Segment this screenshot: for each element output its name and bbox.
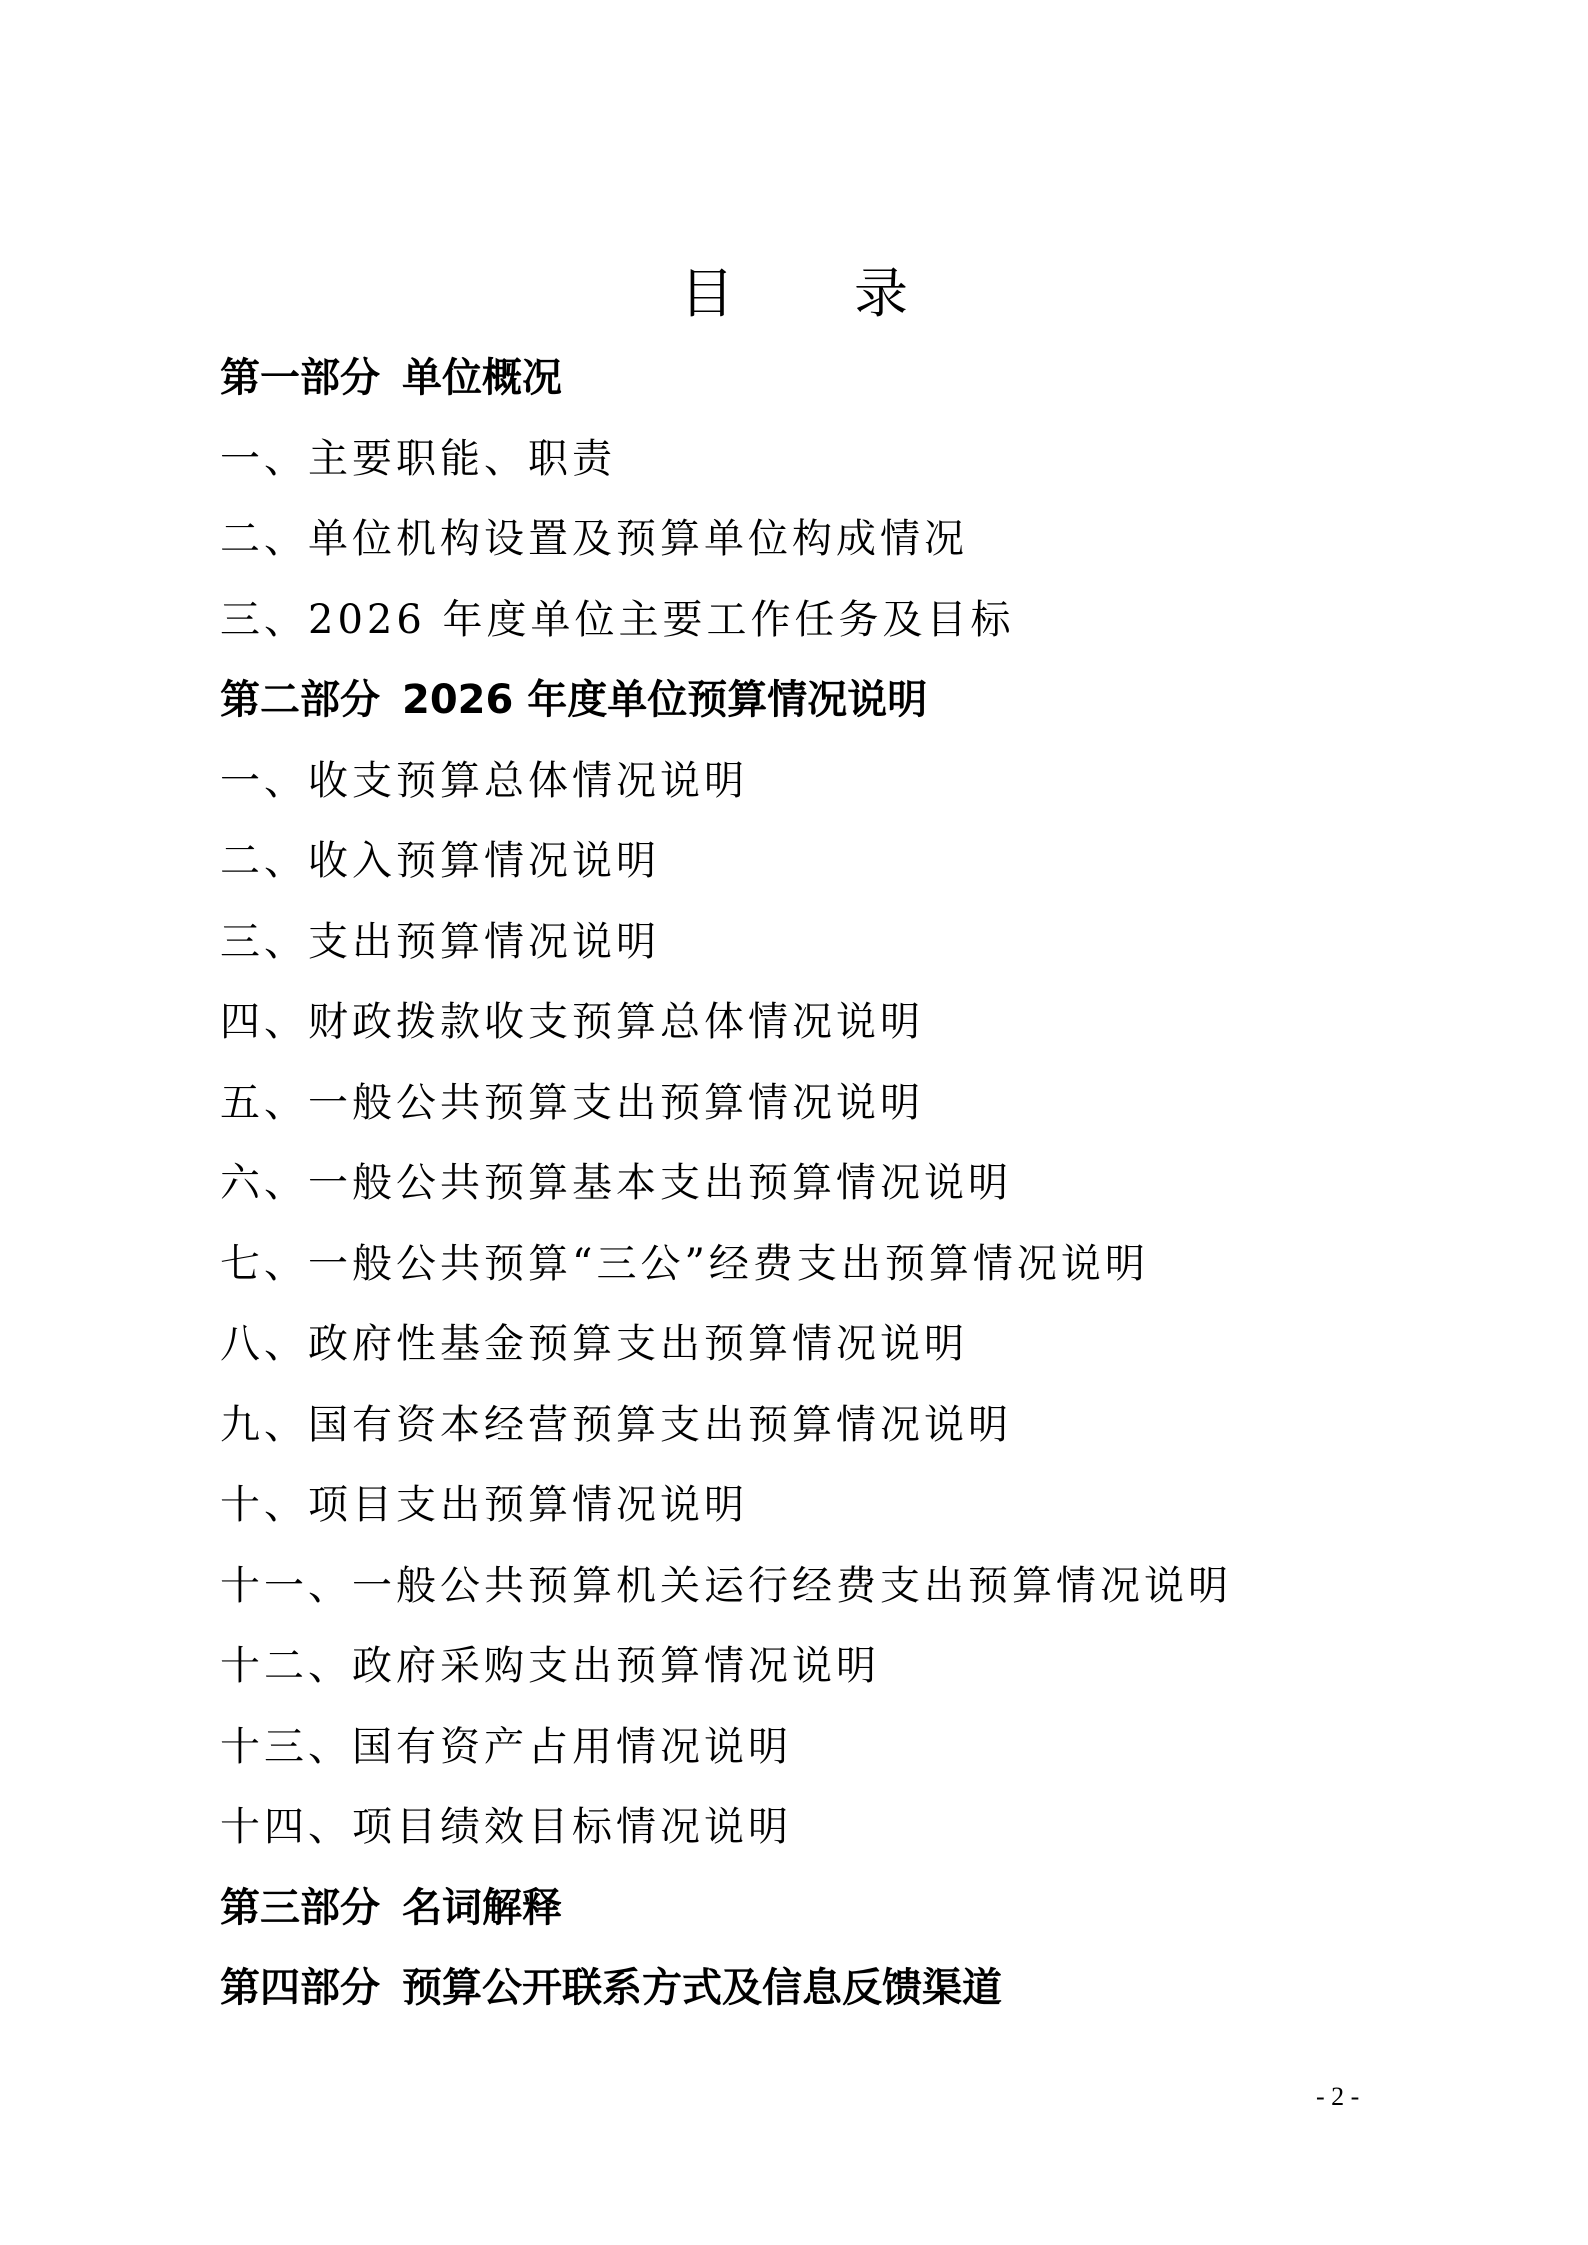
toc-part-3[interactable]: 第三部分名词解释 (220, 1868, 1420, 1949)
toc-entry[interactable]: 五、一般公共预算支出预算情况说明 (220, 1063, 1420, 1144)
toc-entry[interactable]: 九、国有资本经营预算支出预算情况说明 (220, 1385, 1420, 1466)
toc-entry[interactable]: 二、单位机构设置及预算单位构成情况 (220, 499, 1420, 580)
part-label: 第一部分 (220, 355, 380, 401)
toc-part-1[interactable]: 第一部分单位概况 (220, 338, 1420, 419)
toc-entry[interactable]: 四、财政拨款收支预算总体情况说明 (220, 982, 1420, 1063)
part-label: 第三部分 (220, 1885, 380, 1931)
toc-entry[interactable]: 十四、项目绩效目标情况说明 (220, 1787, 1420, 1868)
toc-entry[interactable]: 六、一般公共预算基本支出预算情况说明 (220, 1143, 1420, 1224)
toc-entry[interactable]: 十、项目支出预算情况说明 (220, 1465, 1420, 1546)
toc-title: 目录 (0, 254, 1588, 334)
toc-entry[interactable]: 七、一般公共预算“三公”经费支出预算情况说明 (220, 1224, 1420, 1305)
part-label: 第四部分 (220, 1965, 380, 2011)
part-title: 名词解释 (402, 1885, 562, 1931)
toc-entry[interactable]: 十二、政府采购支出预算情况说明 (220, 1626, 1420, 1707)
toc-title-char-2: 录 (854, 254, 908, 334)
page-number: - 2 - (1316, 2082, 1359, 2112)
table-of-contents: 第一部分单位概况 一、主要职能、职责 二、单位机构设置及预算单位构成情况 三、2… (220, 338, 1420, 2029)
part-label: 第二部分 (220, 677, 380, 723)
toc-entry[interactable]: 十三、国有资产占用情况说明 (220, 1707, 1420, 1788)
part-title: 单位概况 (402, 355, 562, 401)
document-page: 目录 第一部分单位概况 一、主要职能、职责 二、单位机构设置及预算单位构成情况 … (0, 0, 1588, 2245)
toc-entry[interactable]: 一、收支预算总体情况说明 (220, 741, 1420, 822)
toc-title-char-1: 目 (680, 254, 734, 334)
toc-entry[interactable]: 二、收入预算情况说明 (220, 821, 1420, 902)
toc-entry[interactable]: 八、政府性基金预算支出预算情况说明 (220, 1304, 1420, 1385)
part-title: 预算公开联系方式及信息反馈渠道 (402, 1965, 1002, 2011)
part-title: 2026 年度单位预算情况说明 (402, 677, 927, 723)
toc-part-2[interactable]: 第二部分2026 年度单位预算情况说明 (220, 660, 1420, 741)
toc-entry[interactable]: 十一、一般公共预算机关运行经费支出预算情况说明 (220, 1546, 1420, 1627)
toc-part-4[interactable]: 第四部分预算公开联系方式及信息反馈渠道 (220, 1948, 1420, 2029)
toc-entry[interactable]: 三、2026 年度单位主要工作任务及目标 (220, 580, 1420, 661)
toc-entry[interactable]: 一、主要职能、职责 (220, 419, 1420, 500)
toc-entry[interactable]: 三、支出预算情况说明 (220, 902, 1420, 983)
